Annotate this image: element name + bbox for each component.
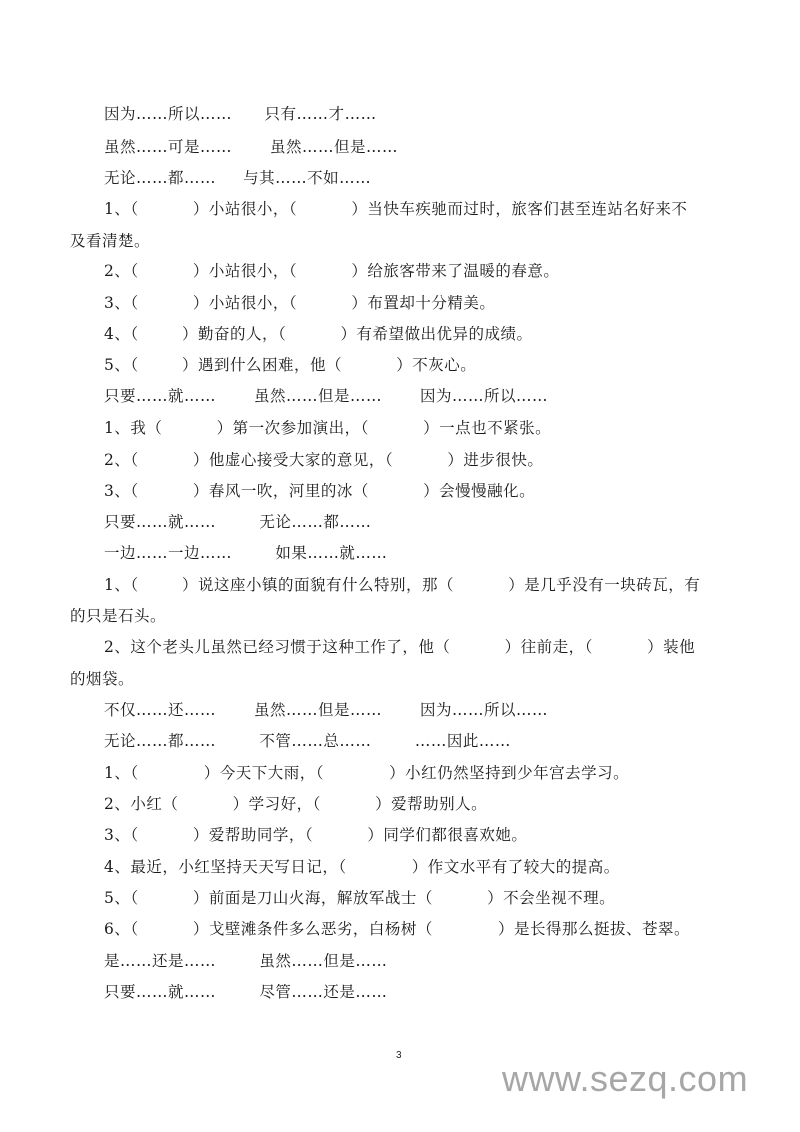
text-line: 1、（ ）今天下大雨，（ ）小红仍然坚持到少年宫去学习。 [104,763,629,783]
text-line: 3、（ ）春风一吹，河里的冰（ ）会慢慢融化。 [104,481,535,501]
page-number: 3 [396,1050,402,1061]
text-line: 2、小红（ ）学习好，（ ）爱帮助别人。 [104,794,487,814]
text-line: 3、（ ）小站很小，（ ）布置却十分精美。 [104,293,495,313]
text-line: 虽然……可是…… 虽然……但是…… [104,137,398,157]
text-line: 一边……一边…… 如果……就…… [104,543,387,563]
text-line: 4、最近，小红坚持天天写日记，（ ）作文水平有了较大的提高。 [104,857,620,877]
text-line: 只要……就…… 无论……都…… [104,512,371,532]
text-line: 1、（ ）说这座小镇的面貌有什么特别，那（ ）是几乎没有一块砖瓦，有 [104,575,700,595]
text-line: 不仅……还…… 虽然……但是…… 因为……所以…… [104,700,548,720]
text-line: 5、（ ）遇到什么困难，他（ ）不灰心。 [104,355,476,375]
text-line: 1、我（ ）第一次参加演出，（ ）一点也不紧张。 [104,418,551,438]
document-page: 因为……所以…… 只有……才……虽然……可是…… 虽然……但是……无论……都……… [0,0,800,1132]
text-line: 6、（ ）戈壁滩条件多么恶劣，白杨树（ ）是长得那么挺拔、苍翠。 [104,919,690,939]
text-line: 5、（ ）前面是刀山火海，解放军战士（ ）不会坐视不理。 [104,888,615,908]
text-line: 1、（ ）小站很小，（ ）当快车疾驰而过时，旅客们甚至连站名好来不 [104,199,687,219]
text-line: 及看清楚。 [70,231,150,251]
text-line: 的只是石头。 [70,606,166,626]
text-line: 因为……所以…… 只有……才…… [104,104,377,124]
text-line: 是……还是…… 虽然……但是…… [104,951,387,971]
text-line: 4、（ ）勤奋的人，（ ）有希望做出优异的成绩。 [104,324,533,344]
text-line: 无论……都…… 不管……总…… ……因此…… [104,731,511,751]
watermark: www.sezq.com [502,1058,748,1100]
text-line: 2、这个老头儿虽然已经习惯于这种工作了，他（ ）往前走，（ ）装他 [104,637,695,657]
text-line: 2、（ ）他虚心接受大家的意见，（ ）进步很快。 [104,450,543,470]
text-line: 只要……就…… 虽然……但是…… 因为……所以…… [104,386,548,406]
text-line: 的烟袋。 [70,669,134,689]
text-line: 只要……就…… 尽管……还是…… [104,982,387,1002]
text-line: 无论……都…… 与其……不如…… [104,168,371,188]
text-line: 2、（ ）小站很小，（ ）给旅客带来了温暖的春意。 [104,261,559,281]
text-line: 3、（ ）爱帮助同学，（ ）同学们都很喜欢她。 [104,825,527,845]
